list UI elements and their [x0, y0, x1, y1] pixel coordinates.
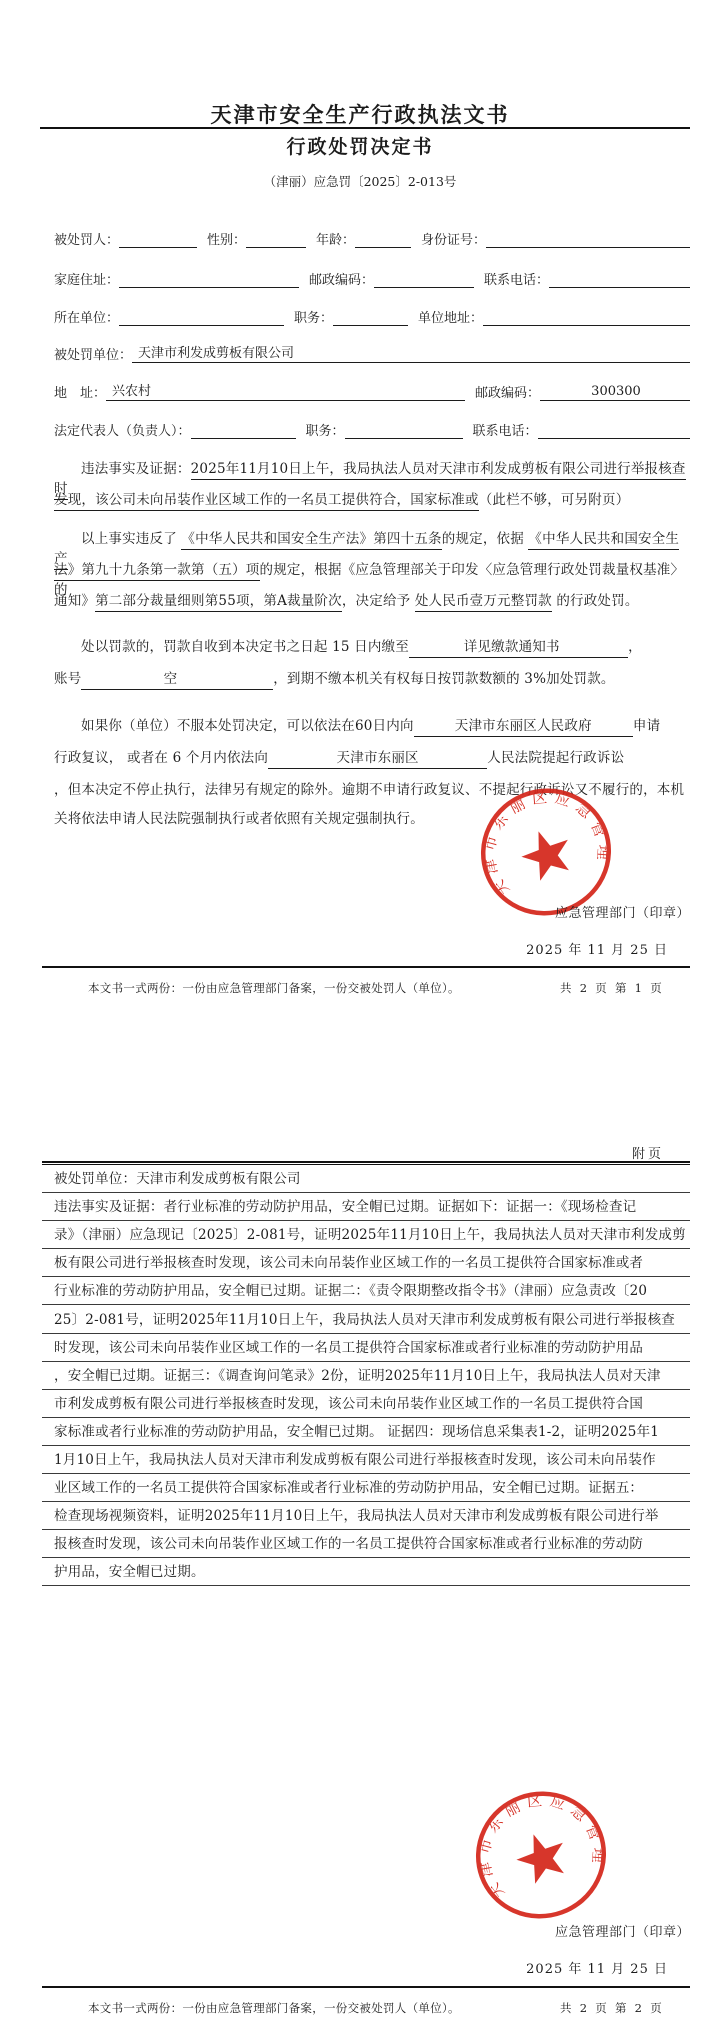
id-number-blank [486, 232, 690, 248]
table-row: 业区域工作的一名员工提供符合国家标准或者行业标准的劳动防护用品，安全帽已过期。证… [42, 1474, 690, 1502]
table-row: 家标准或者行业标准的劳动防护用品，安全帽已过期。 证据四：现场信息采集表1-2，… [42, 1418, 690, 1446]
home-address-label: 家庭住址： [54, 269, 119, 288]
body-line-payment-2: 账号 空 ，到期不缴本机关有权每日按罚款数额的 3%加处罚款。 [54, 669, 690, 689]
unit-address-value: 兴农村 [106, 380, 465, 401]
issue-date: 2025 年 11 月 25 日 [526, 939, 668, 958]
table-row: 时发现，该公司未向吊装作业区域工作的一名员工提供符合国家标准或者行业标准的劳动防… [42, 1334, 690, 1362]
legal-rep-label: 法定代表人（负责人）： [54, 420, 191, 439]
age-label: 年龄： [316, 229, 355, 248]
job-title-label: 职务： [294, 307, 333, 326]
postcode-label: 邮政编码： [309, 269, 374, 288]
gender-label: 性别： [207, 229, 246, 248]
table-row: 违法事实及证据：者行业标准的劳动防护用品，安全帽已过期。证据如下：证据一：《现场… [42, 1193, 690, 1221]
footer-note: 本文书一式两份：一份由应急管理部门备案，一份交被处罚人（单位）。 [88, 2000, 460, 2016]
punished-unit-label: 被处罚单位： [54, 344, 132, 363]
punished-person-label: 被处罚人： [54, 229, 119, 248]
footer-page1: 本文书一式两份：一份由应急管理部门备案，一份交被处罚人（单位）。 共 2 页 第… [54, 980, 690, 996]
form-row-person: 被处罚人： 性别： 年龄： 身份证号： [54, 228, 690, 248]
table-row: 护用品，安全帽已过期。 [42, 1558, 690, 1586]
document-sheet: 天津市安全生产行政执法文书 行政处罚决定书 （津丽）应急罚〔2025〕2-013… [0, 0, 720, 2038]
body-line-appeal-2: 行政复议， 或者在 6 个月内依法向 天津市东丽区 人民法院提起行政诉讼 [54, 748, 690, 768]
issue-date: 2025 年 11 月 25 日 [526, 1958, 668, 1977]
employer-blank [119, 310, 284, 326]
footer-note: 本文书一式两份：一份由应急管理部门备案，一份交被处罚人（单位）。 [88, 980, 460, 996]
table-row: 25〕2-081号，证明2025年11月10日上午，我局执法人员对天津市利发成剪… [42, 1305, 690, 1333]
job-title-blank [333, 310, 408, 326]
table-row: 录》（津丽）应急现记〔2025〕2-081号，证明2025年11月10日上午，我… [42, 1221, 690, 1249]
age-blank [355, 232, 411, 248]
table-row: 行业标准的劳动防护用品，安全帽已过期。证据二：《责令限期整改指令书》（津丽）应急… [42, 1277, 690, 1305]
rep-phone-blank [538, 423, 690, 439]
footer-divider [42, 1986, 690, 1988]
evidence-table: 被处罚单位：天津市利发成剪板有限公司违法事实及证据：者行业标准的劳动防护用品，安… [42, 1165, 690, 1586]
rep-job-title-label: 职务： [306, 420, 345, 439]
home-address-blank [119, 272, 299, 288]
seal-star-icon [515, 823, 577, 884]
table-row: 市利发成剪板有限公司进行举报核查时发现，该公司未向吊装作业区域工作的一名员工提供… [42, 1390, 690, 1418]
employer-label: 所在单位： [54, 307, 119, 326]
document-number: （津丽）应急罚〔2025〕2-013号 [0, 172, 720, 190]
attachment-page-tag: 附页 [632, 1143, 664, 1162]
punished-person-blank [119, 232, 197, 248]
body-line-appeal-1: 如果你（单位）不服本处罚决定，可以依法在60日内向 天津市东丽区人民政府 申请 [54, 716, 690, 736]
body-line-legal-3: 通知》第二部分裁量细则第55项，第A裁量阶次，决定给予 处人民币壹万元整罚款 的… [54, 591, 690, 611]
footer-page2: 本文书一式两份：一份由应急管理部门备案，一份交被处罚人（单位）。 共 2 页 第… [54, 2000, 690, 2016]
document-type-title: 行政处罚决定书 [0, 132, 720, 159]
official-seal: 天津市东丽区应急管理局 [478, 786, 614, 918]
seal-caption: 应急管理部门（印章） [555, 1921, 690, 1940]
table-row: 板有限公司进行举报核查时发现，该公司未向吊装作业区域工作的一名员工提供符合国家标… [42, 1249, 690, 1277]
gender-blank [246, 232, 306, 248]
footer-divider [42, 966, 690, 968]
seal-caption: 应急管理部门（印章） [555, 902, 690, 921]
form-row-address: 地 址： 兴农村 邮政编码： 300300 [54, 381, 690, 401]
rep-phone-label: 联系电话： [473, 420, 538, 439]
form-row-home: 家庭住址： 邮政编码： 联系电话： [54, 268, 690, 288]
rep-job-title-blank [345, 423, 463, 439]
postcode-blank [374, 272, 474, 288]
legal-rep-blank [191, 423, 296, 439]
unit-postcode-value: 300300 [540, 384, 690, 401]
table-row: ，安全帽已过期。证据三：《调查询问笔录》2份，证明2025年11月10日上午，我… [42, 1362, 690, 1390]
table-row: 报核查时发现，该公司未向吊装作业区域工作的一名员工提供符合国家标准或者行业标准的… [42, 1530, 690, 1558]
phone-blank [549, 272, 690, 288]
header-divider [40, 127, 690, 129]
body-line-payment-1: 处以罚款的，罚款自收到本决定书之日起 15 日内缴至 详见缴款通知书 ， [54, 637, 690, 657]
phone-label: 联系电话： [484, 269, 549, 288]
seal-star-icon [510, 1826, 572, 1887]
id-number-label: 身份证号： [421, 229, 486, 248]
punished-unit-value: 天津市利发成剪板有限公司 [132, 342, 690, 363]
official-seal: 天津市东丽区应急管理局 [473, 1789, 609, 1921]
document-header-title: 天津市安全生产行政执法文书 [0, 99, 720, 129]
unit-address-label: 地 址： [54, 382, 106, 401]
employer-address-label: 单位地址： [418, 307, 483, 326]
unit-postcode-label: 邮政编码： [475, 382, 540, 401]
table-row: 1月10日上午，我局执法人员对天津市利发成剪板有限公司进行举报核查时发现，该公司… [42, 1446, 690, 1474]
table-row: 被处罚单位：天津市利发成剪板有限公司 [42, 1165, 690, 1193]
body-line-facts-2: 发现，该公司未向吊装作业区域工作的一名员工提供符合，国家标准或（此栏不够，可另附… [54, 490, 690, 510]
form-row-employer: 所在单位： 职务： 单位地址： [54, 306, 690, 326]
table-row: 检查现场视频资料，证明2025年11月10日上午，我局执法人员对天津市利发成剪板… [42, 1502, 690, 1530]
form-row-legal-rep: 法定代表人（负责人）： 职务： 联系电话： [54, 419, 690, 439]
page-indicator: 共 2 页 第 2 页 [560, 2000, 662, 2016]
page-indicator: 共 2 页 第 1 页 [560, 980, 662, 996]
employer-address-blank [483, 310, 690, 326]
form-row-unit: 被处罚单位： 天津市利发成剪板有限公司 [54, 343, 690, 363]
